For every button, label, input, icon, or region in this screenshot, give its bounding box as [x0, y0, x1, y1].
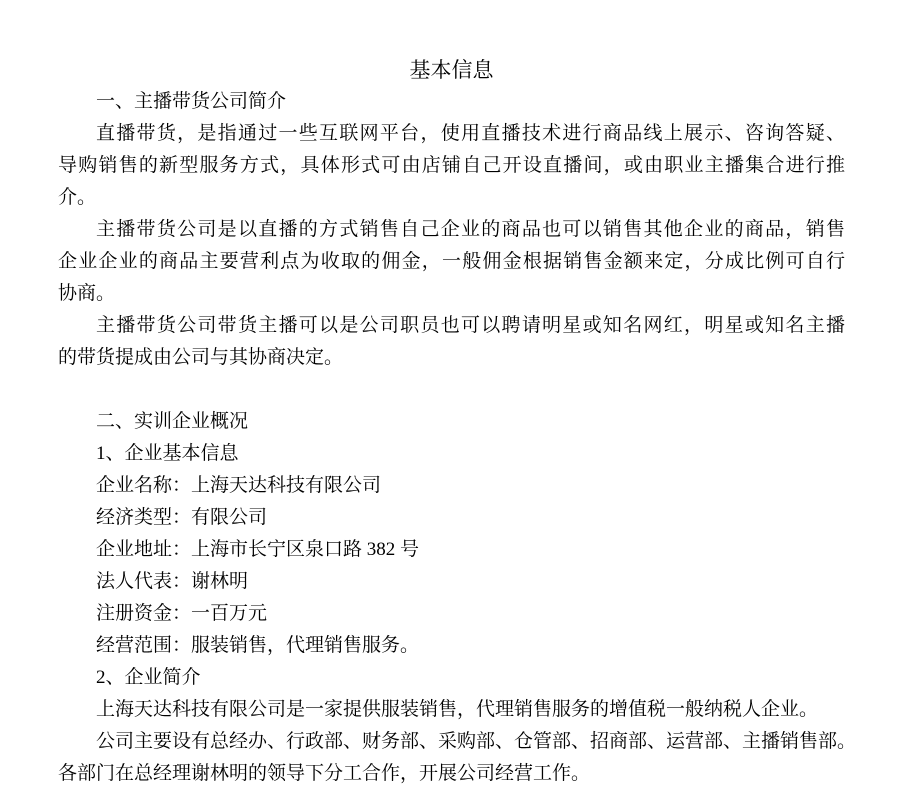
company-info-line: 注册资金：一百万元 — [58, 598, 845, 630]
blank-line — [58, 374, 845, 406]
company-info-line: 经营范围：服装销售，代理销售服务。 — [58, 630, 845, 662]
company-profile-heading: 2、企业简介 — [58, 662, 845, 694]
document-title: 基本信息 — [58, 54, 845, 86]
intro-paragraph-line: 企业企业的商品主要营利点为收取的佣金，一般佣金根据销售金额来定，分成比例可自行 — [58, 246, 845, 278]
profile-paragraph-line: 上海天达科技有限公司是一家提供服装销售，代理销售服务的增值税一般纳税人企业。 — [58, 694, 845, 726]
profile-paragraph-line: 各部门在总经理谢林明的领导下分工合作，开展公司经营工作。 — [58, 758, 845, 790]
company-basic-info-heading: 1、企业基本信息 — [58, 438, 845, 470]
document-page: 基本信息 一、主播带货公司简介 直播带货，是指通过一些互联网平台，使用直播技术进… — [0, 0, 900, 799]
company-info-line: 企业名称：上海天达科技有限公司 — [58, 470, 845, 502]
company-info-line: 经济类型：有限公司 — [58, 502, 845, 534]
intro-paragraph-line: 协商。 — [58, 278, 845, 310]
profile-paragraph-line: 公司主要设有总经办、行政部、财务部、采购部、仓管部、招商部、运营部、主播销售部。 — [58, 726, 845, 758]
intro-paragraph-line: 主播带货公司带货主播可以是公司职员也可以聘请明星或知名网红，明星或知名主播 — [58, 310, 845, 342]
intro-section-heading: 一、主播带货公司简介 — [58, 86, 845, 118]
intro-paragraph-line: 导购销售的新型服务方式，具体形式可由店铺自己开设直播间，或由职业主播集合进行推 — [58, 150, 845, 182]
intro-paragraph-line: 直播带货，是指通过一些互联网平台，使用直播技术进行商品线上展示、咨询答疑、 — [58, 118, 845, 150]
intro-paragraph-line: 的带货提成由公司与其协商决定。 — [58, 342, 845, 374]
company-info-line: 企业地址：上海市长宁区泉口路 382 号 — [58, 534, 845, 566]
company-info-line: 法人代表：谢林明 — [58, 566, 845, 598]
intro-paragraph-line: 主播带货公司是以直播的方式销售自己企业的商品也可以销售其他企业的商品，销售 — [58, 214, 845, 246]
intro-paragraph-line: 介。 — [58, 182, 845, 214]
company-section-heading: 二、实训企业概况 — [58, 406, 845, 438]
